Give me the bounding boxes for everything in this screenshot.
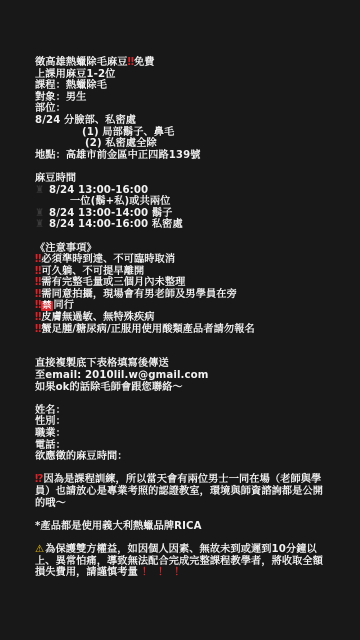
double-exclamation-icon: ‼ (35, 289, 39, 300)
note-item: ‼必須準時到達、不可臨時取消 (35, 254, 330, 266)
note-text: 皮膚無過敏、無特殊疾病 (41, 312, 154, 323)
double-exclamation-icon: ‼ (35, 300, 39, 311)
form-field-occupation: 職業： (35, 428, 330, 440)
slot-text: 8/24 14:00-16:00 私密處 (49, 219, 183, 230)
note-text: 需有完整毛量或三個月內未整理 (41, 277, 185, 288)
interrobang-icon: ⁉ (35, 474, 44, 485)
note-text: 需同意拍攝，現場會有男老師及男學員在旁 (41, 289, 236, 300)
note-text: 必須準時到達、不可臨時取消 (41, 254, 175, 265)
double-exclamation-icon: ‼ (35, 266, 39, 277)
form-field-gender: 性別： (35, 416, 330, 428)
contact-line-3: 如果ok的話除毛師會跟您聯絡～ (35, 382, 330, 394)
parts-date: 8/24 分臉部、私密處 (35, 115, 330, 127)
contact-email-line[interactable]: 至email: 2010lil.w@gmail.com (35, 370, 330, 382)
notes-title: 《注意事項》 (35, 243, 330, 255)
note-item: ‼需有完整毛量或三個月內未整理 (35, 277, 330, 289)
prohibited-badge-icon: 禁 (41, 301, 52, 311)
target-line: 對象：男生 (35, 92, 330, 104)
schedule-slot-note: 一位(鬍+私)或共兩位 (35, 196, 330, 208)
double-exclamation-icon: ‼ (35, 324, 39, 335)
double-exclamation-icon: ‼ (35, 277, 39, 288)
slot-text: 8/24 13:00-14:00 鬍子 (49, 208, 172, 219)
schedule-slot: ♜8/24 14:00-16:00 私密處 (35, 219, 330, 231)
schedule-slot: ♜8/24 13:00-14:00 鬍子 (35, 208, 330, 220)
exclamation-icons: ！！！ (142, 567, 191, 578)
note-text: 可久躺、不可提早離開 (41, 266, 144, 277)
headline: 徵高雄熱蠟除毛麻豆‼免費 (35, 57, 330, 69)
form-field-time: 欲應徵的麻豆時間： (35, 451, 330, 463)
double-exclamation-icon: ‼ (35, 312, 39, 323)
bell-tower-icon: ♜ (35, 185, 45, 197)
headline-text: 徵高雄熱蠟除毛麻豆 (35, 57, 128, 68)
note-item: ‼蟹足腫/糖尿病/正服用使用酸類產品者請勿報名 (35, 324, 330, 336)
note-text: 蟹足腫/糖尿病/正服用使用酸類產品者請勿報名 (41, 324, 254, 335)
warning-icon: ⚠ (35, 544, 44, 555)
notice-paragraph: ⁉因為是課程訓練，所以當天會有兩位男士一同在場（老師與學員）也請放心是專業考照的… (35, 474, 330, 509)
course-line: 課程：熱蠟除毛 (35, 80, 330, 92)
product-line: *產品都是使用義大利熱蠟品牌RICA (35, 521, 330, 533)
form-field-name: 姓名： (35, 405, 330, 417)
recruitment-post: 徵高雄熱蠟除毛麻豆‼免費 上課用麻豆1-2位 課程：熱蠟除毛 對象：男生 部位：… (35, 57, 330, 579)
form-field-phone: 電話： (35, 440, 330, 452)
seats-line: 上課用麻豆1-2位 (35, 69, 330, 81)
warning-paragraph: ⚠為保護雙方權益，如因個人因素、無故未到或遲到10分鐘以上、異常怕痛，導致無法配… (35, 544, 330, 579)
note-item: ‼需同意拍攝，現場會有男老師及男學員在旁 (35, 289, 330, 301)
parts-label: 部位： (35, 103, 330, 115)
note-text: 同行 (54, 300, 75, 311)
note-item: ‼皮膚無過敏、無特殊疾病 (35, 312, 330, 324)
bell-tower-icon: ♜ (35, 219, 45, 231)
headline-suffix: 免費 (134, 57, 155, 68)
parts-item-1: (1) 局部鬍子、鼻毛 (35, 127, 330, 139)
note-item: ‼可久躺、不可提早離開 (35, 266, 330, 278)
location-line: 地點：高雄市前金區中正四路139號 (35, 150, 330, 162)
notice-text: 因為是課程訓練，所以當天會有兩位男士一同在場（老師與學員）也請放心是專業考照的認… (35, 474, 323, 508)
schedule-slot: ♜8/24 13:00-16:00 (35, 185, 330, 197)
bell-tower-icon: ♜ (35, 208, 45, 220)
parts-item-2: (2) 私密處全除 (35, 138, 330, 150)
note-item: ‼禁同行 (35, 300, 330, 312)
slot-text: 8/24 13:00-16:00 (49, 185, 148, 196)
contact-line-1: 直接複製底下表格填寫後傳送 (35, 358, 330, 370)
double-exclamation-icon: ‼ (128, 57, 132, 68)
schedule-title: 麻豆時間 (35, 173, 330, 185)
double-exclamation-icon: ‼ (35, 254, 39, 265)
